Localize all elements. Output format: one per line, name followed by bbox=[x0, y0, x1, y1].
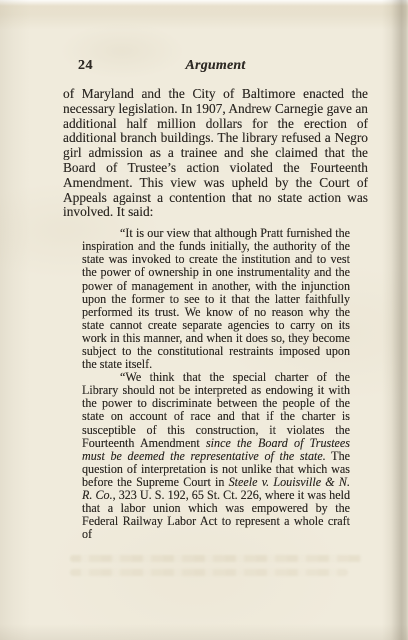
page-number: 24 bbox=[78, 58, 93, 74]
scanned-book-page: 24 Argument of Maryland and the City of … bbox=[0, 0, 408, 640]
quote-paragraph-2: “We think that the special charter of th… bbox=[82, 371, 350, 541]
block-quote: “It is our view that although Pratt furn… bbox=[82, 227, 350, 541]
page-edge-shadow-bottom bbox=[0, 624, 408, 640]
page-edge-shadow-right bbox=[382, 0, 408, 640]
running-header: 24 Argument bbox=[63, 58, 368, 76]
quote-paragraph-1: “It is our view that although Pratt furn… bbox=[82, 227, 350, 371]
page-text-block: 24 Argument of Maryland and the City of … bbox=[63, 58, 368, 576]
running-head-title: Argument bbox=[63, 58, 368, 74]
bleed-through-mark bbox=[70, 569, 348, 576]
bleed-through-mark bbox=[70, 555, 362, 562]
page-edge-shadow-left bbox=[0, 0, 30, 640]
page-edge-shadow-top bbox=[0, 0, 408, 30]
intro-paragraph: of Maryland and the City of Baltimore en… bbox=[63, 87, 368, 220]
